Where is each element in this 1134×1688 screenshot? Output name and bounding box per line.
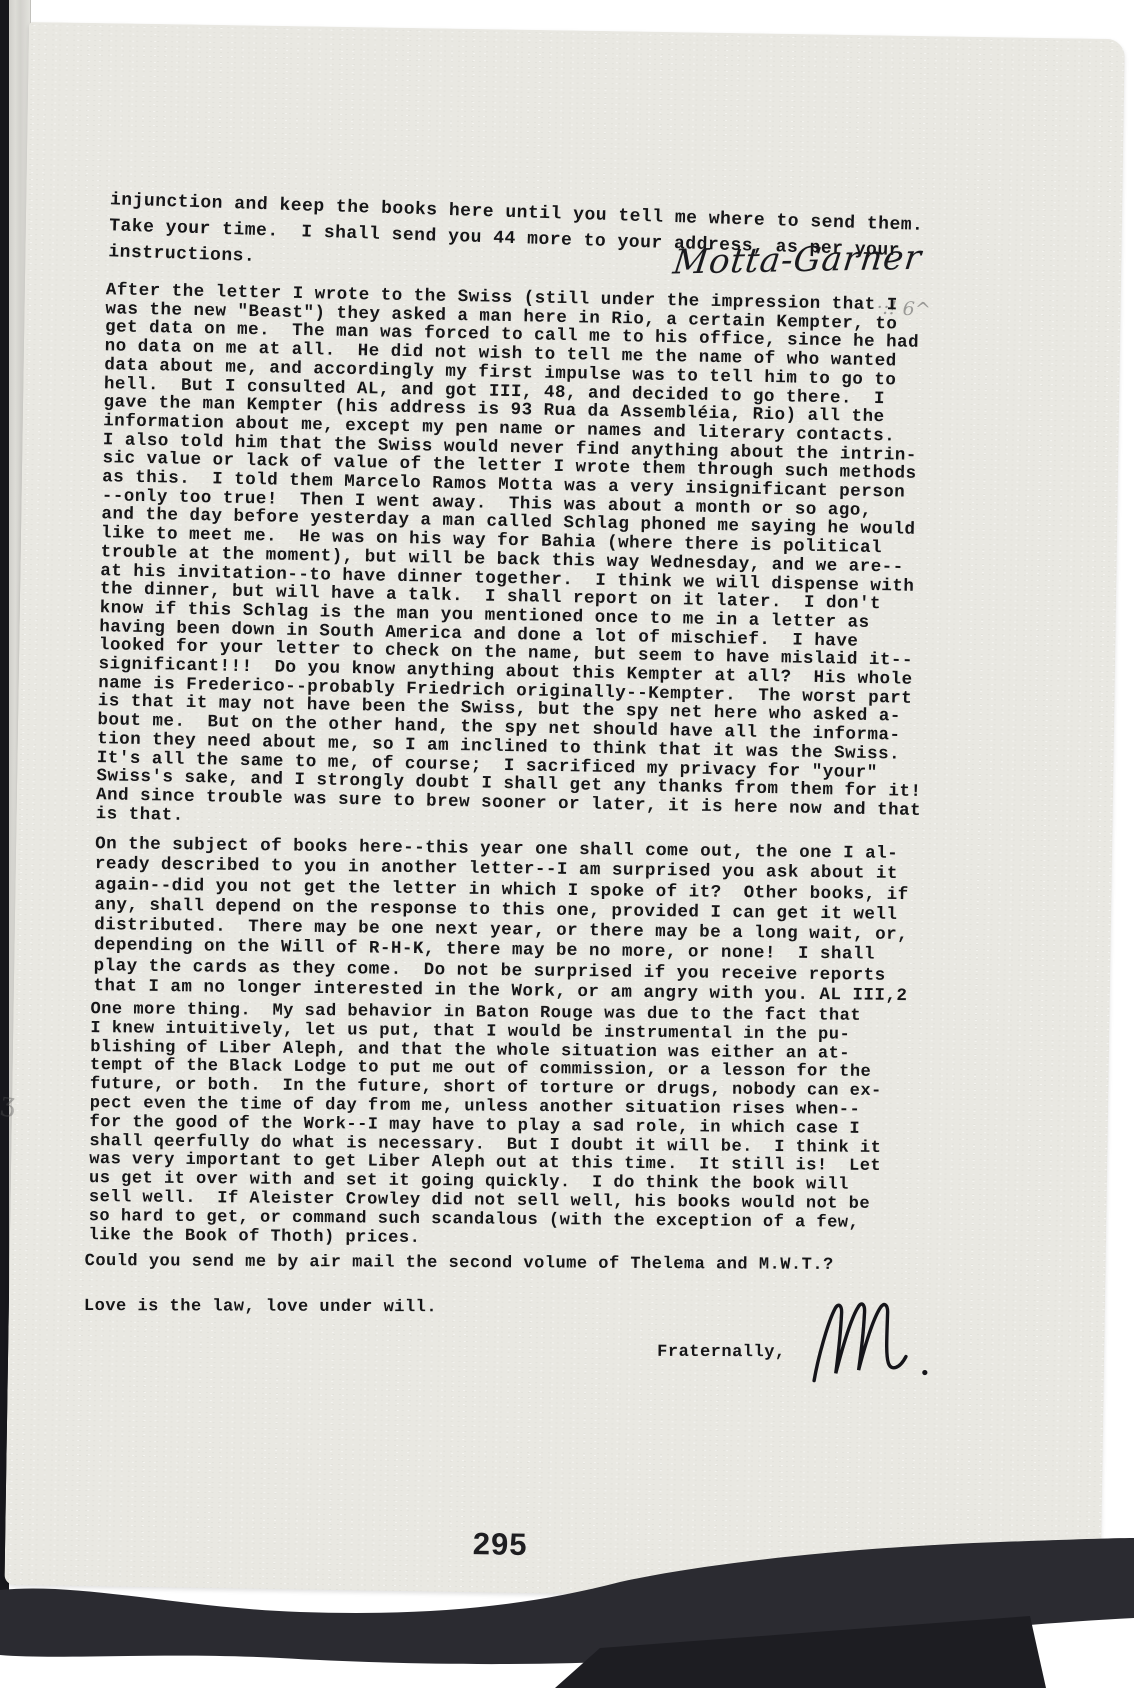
handwritten-name-annotation: Motta-Garner: [671, 238, 924, 283]
faint-pencil-note: ·:! 6^: [876, 296, 931, 321]
book-cover-shadow: [0, 1520, 1134, 1688]
letter-page: injunction and keep the books here until…: [4, 22, 1124, 1602]
signature: [804, 1294, 939, 1398]
letter-paragraph: After the letter I wrote to the Swiss (s…: [96, 281, 1006, 841]
letter-paragraph: One more thing. My sad behavior in Baton…: [88, 1001, 990, 1253]
letter-closing: Fraternally,: [657, 1343, 785, 1362]
scanned-book-page: injunction and keep the books here until…: [0, 0, 1134, 1688]
letter-paragraph: Could you send me by air mail the second…: [85, 1252, 985, 1277]
letter-paragraph: On the subject of books here--this year …: [93, 834, 995, 1007]
